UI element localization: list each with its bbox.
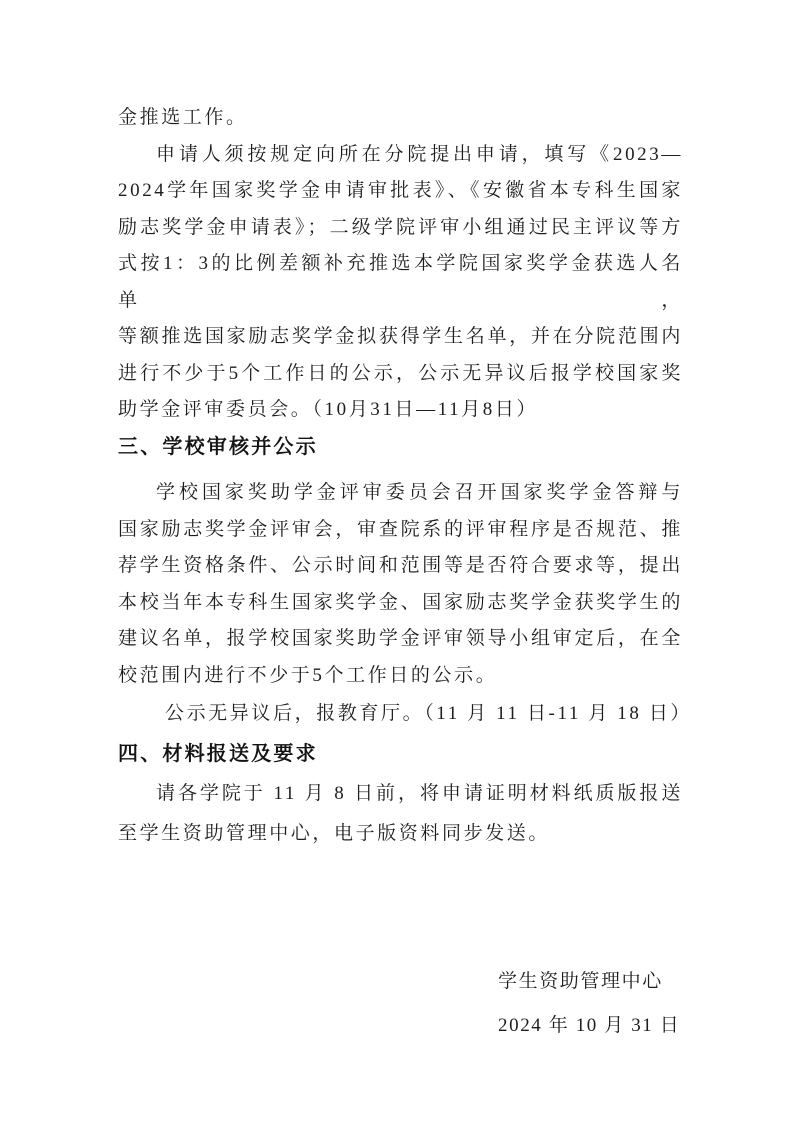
document-line: 等额推选国家励志奖学金拟获得学生名单，并在分院范围内	[118, 319, 683, 356]
document-lines: 金推选工作。申请人须按规定向所在分院提出申请，填写《2023—2024学年国家奖…	[118, 100, 683, 854]
document-page: 金推选工作。申请人须按规定向所在分院提出申请，填写《2023—2024学年国家奖…	[0, 0, 793, 1122]
document-line: 校范围内进行不少于5个工作日的公示。	[118, 658, 683, 695]
document-line: 国家励志奖学金评审会，审查院系的评审程序是否规范、推	[118, 512, 683, 549]
document-line: 式按1：3的比例差额补充推选本学院国家奖学金获选人名单，	[118, 246, 683, 319]
document-line: 建议名单，报学校国家奖助学金评审领导小组审定后，在全	[118, 621, 683, 658]
document-line: 本校当年本专科生国家奖学金、国家励志奖学金获奖学生的	[118, 585, 683, 622]
document-line: 2024学年国家奖学金申请审批表》、《安徽省本专科生国家	[118, 173, 683, 210]
document-line: 至学生资助管理中心，电子版资料同步发送。	[118, 814, 683, 854]
signature-date: 2024 年 10 月 31 日	[498, 1004, 683, 1048]
document-line: 公示无异议后，报教育厅。（11 月 11 日-11 月 18 日）	[118, 694, 683, 734]
signature-org: 学生资助管理中心	[498, 960, 683, 1004]
section-heading: 三、学校审核并公示	[118, 429, 683, 466]
document-line: 荐学生资格条件、公示时间和范围等是否符合要求等，提出	[118, 548, 683, 585]
document-line: 助学金评审委员会。（10月31日—11月8日）	[118, 392, 683, 429]
document-line: 申请人须按规定向所在分院提出申请，填写《2023—	[118, 137, 683, 174]
document-line: 进行不少于5个工作日的公示，公示无异议后报学校国家奖	[118, 356, 683, 393]
document-line: 请各学院于 11 月 8 日前，将申请证明材料纸质版报送	[118, 774, 683, 814]
document-body: 金推选工作。申请人须按规定向所在分院提出申请，填写《2023—2024学年国家奖…	[118, 100, 683, 1048]
section-heading: 四、材料报送及要求	[118, 734, 683, 774]
signature-block: 学生资助管理中心 2024 年 10 月 31 日	[498, 960, 683, 1048]
document-line: 金推选工作。	[118, 100, 683, 137]
document-line: 学校国家奖助学金评审委员会召开国家奖学金答辩与	[118, 475, 683, 512]
document-line: 励志奖学金申请表》；二级学院评审小组通过民主评议等方	[118, 210, 683, 247]
